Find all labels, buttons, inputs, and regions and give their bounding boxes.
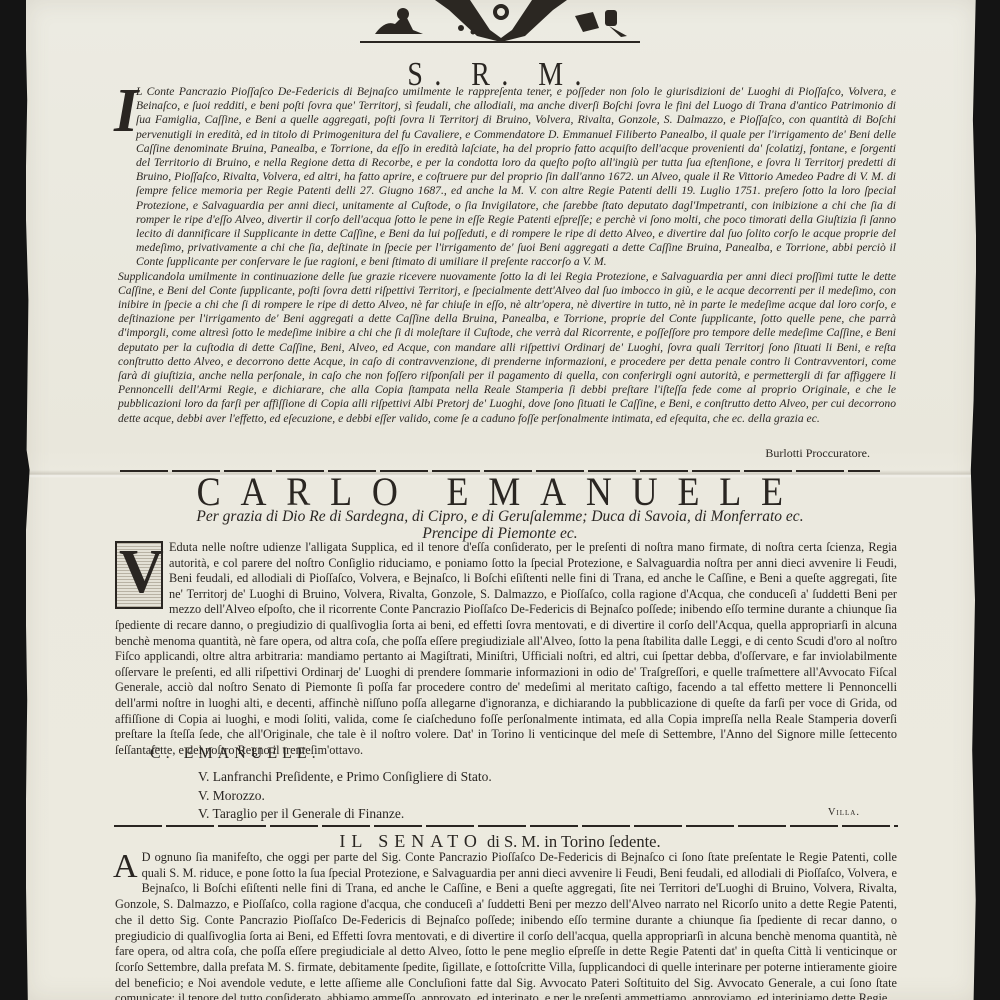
senate-text: A D ognuno ſia manifeſto, che oggi per p…	[115, 850, 897, 1000]
dropcap-a: A	[113, 852, 138, 882]
senate-heading-small: di S. M. in Torino ſedente.	[487, 832, 661, 851]
senate-body: D ognuno ſia manifeſto, che oggi per par…	[115, 850, 897, 1000]
procurator-signature: Burlotti Proccuratore.	[765, 446, 870, 461]
sovereign-titles-line1: Per grazia di Dio Re di Sardegna, di Cip…	[0, 508, 1000, 526]
crest-rule	[360, 41, 640, 43]
section-divider-2	[114, 825, 898, 827]
decree-body: Eduta nelle noſtre udienze l'alligata Su…	[115, 540, 897, 757]
countersignatures: V. Lanfranchi Preſidente, e Primo Conſig…	[198, 768, 492, 824]
supplica-text: L Conte Pancrazio Pioſſaſco De-Federicis…	[118, 85, 896, 426]
senate-heading-big: IL SENATO	[339, 831, 483, 851]
dropcap-v-ornament: V	[115, 541, 163, 609]
coat-of-arms-icon	[365, 0, 637, 42]
secretary-signature: Villa.	[828, 807, 860, 818]
senate-heading: IL SENATO di S. M. in Torino ſedente.	[0, 831, 1000, 852]
countersignature-lanfranchi: V. Lanfranchi Preſidente, e Primo Conſig…	[198, 768, 492, 787]
countersignature-taraglio: V. Taraglio per il Generale di Finanze.	[198, 805, 492, 824]
countersignature-morozzo: V. Morozzo.	[198, 787, 492, 806]
supplica-paragraph-2: Supplicandola umilmente in continuazione…	[118, 270, 896, 426]
supplica-paragraph-1: L Conte Pancrazio Pioſſaſco De-Federicis…	[118, 85, 896, 270]
royal-signature: C. EMANUELE.	[150, 745, 321, 763]
decree-text: V Eduta nelle noſtre udienze l'alligata …	[115, 540, 897, 758]
